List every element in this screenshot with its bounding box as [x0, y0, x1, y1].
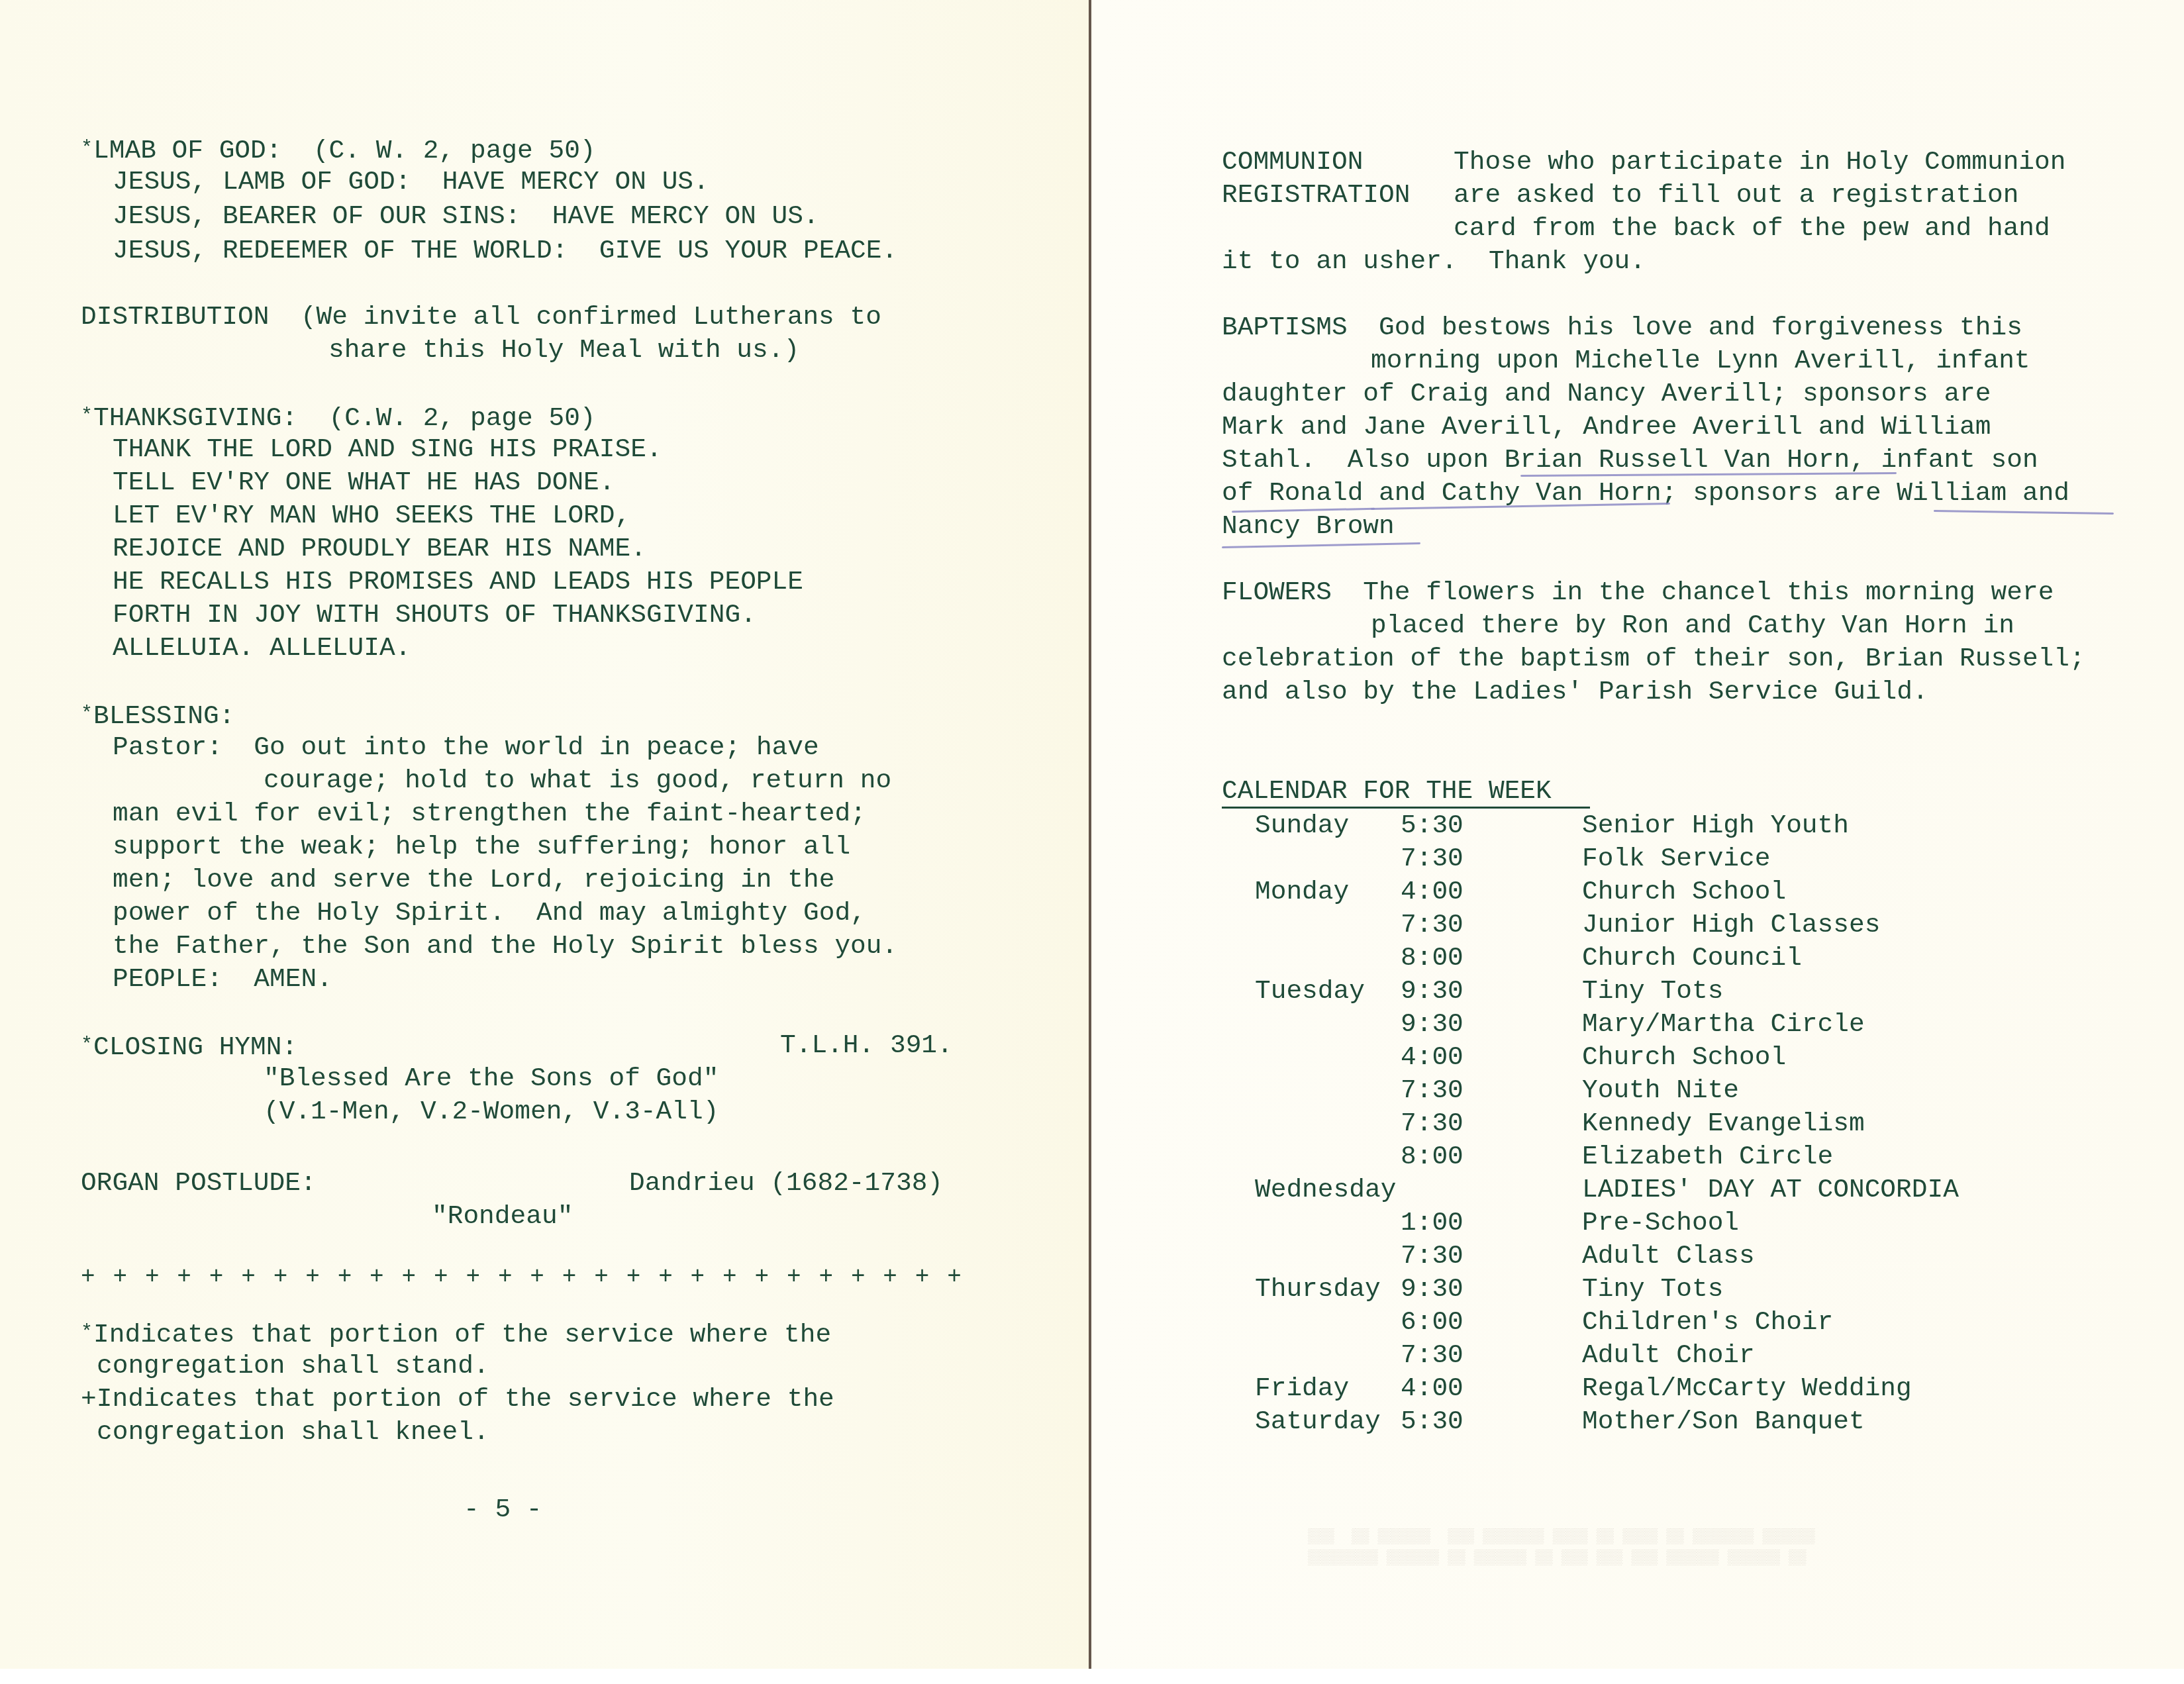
booklet-fold — [1089, 0, 1091, 1669]
cross-icon: + — [626, 1263, 641, 1291]
cross-icon: + — [530, 1263, 544, 1291]
cross-icon: + — [851, 1263, 866, 1291]
calendar-event: Church School — [1582, 875, 1786, 909]
calendar-time: 5:30 — [1401, 809, 1582, 842]
calendar-time: 1:00 — [1401, 1207, 1582, 1240]
calendar-time: 7:30 — [1401, 909, 1582, 942]
communion-text: are asked to fill out a registration — [1454, 179, 2018, 212]
footnote-text: congregation shall kneel. — [97, 1416, 489, 1449]
hymn-number: T.L.H. 391. — [780, 1029, 953, 1062]
calendar-event: Elizabeth Circle — [1582, 1140, 1833, 1173]
cross-icon: + — [658, 1263, 673, 1291]
left-page: *LMAB OF GOD: (C. W. 2, page 50) JESUS, … — [0, 0, 1090, 1669]
calendar-row: 7:30Adult Class — [1255, 1240, 1959, 1273]
heading-text: CLOSING HYMN: — [93, 1032, 297, 1062]
calendar-row: Friday4:00Regal/McCarty Wedding — [1255, 1372, 1959, 1405]
calendar-row: 7:30Folk Service — [1255, 842, 1959, 875]
calendar-event: Mary/Martha Circle — [1582, 1008, 1865, 1041]
baptisms-label: BAPTISMS — [1222, 313, 1348, 342]
cross-icon: + — [241, 1263, 256, 1291]
blessing-heading: *BLESSING: — [81, 698, 234, 733]
lamb-of-god-heading: *LMAB OF GOD: (C. W. 2, page 50) — [81, 132, 596, 168]
blessing-text: men; love and serve the Lord, rejoicing … — [113, 864, 834, 897]
thanksgiving-line: FORTH IN JOY WITH SHOUTS OF THANKSGIVING… — [113, 599, 756, 632]
calendar-row: 4:00Church School — [1255, 1041, 1959, 1074]
distribution-heading: DISTRIBUTION (We invite all confirmed Lu… — [81, 301, 881, 334]
thanksgiving-heading: *THANKSGIVING: (C.W. 2, page 50) — [81, 400, 596, 435]
scan-edge — [0, 1669, 2184, 1684]
calendar-day — [1255, 842, 1401, 875]
calendar-event: LADIES' DAY AT CONCORDIA — [1582, 1173, 1959, 1207]
communion-text: it to an usher. Thank you. — [1222, 245, 1646, 278]
cross-icon: + — [562, 1263, 577, 1291]
calendar-event: Senior High Youth — [1582, 809, 1849, 842]
pastor-line: Pastor: Go out into the world in peace; … — [113, 731, 819, 764]
baptisms-text: God bestows his love and forgiveness thi… — [1379, 313, 2022, 342]
stand-footnote: *Indicates that portion of the service w… — [81, 1316, 831, 1352]
footnote-text: congregation shall stand. — [97, 1350, 489, 1383]
calendar-table: Sunday5:30Senior High Youth7:30Folk Serv… — [1255, 809, 1959, 1438]
thanksgiving-line: LET EV'RY MAN WHO SEEKS THE LORD, — [113, 499, 630, 532]
thanksgiving-line: TELL EV'RY ONE WHAT HE HAS DONE. — [113, 466, 615, 499]
blessing-text: support the weak; help the suffering; ho… — [113, 830, 850, 864]
page-number: - 5 - — [464, 1493, 542, 1526]
calendar-time: 7:30 — [1401, 842, 1582, 875]
calendar-day: Tuesday — [1255, 975, 1401, 1008]
cross-divider: ++++++++++++++++++++++++++++ — [81, 1263, 962, 1291]
thanksgiving-line: ALLELUIA. ALLELUIA. — [113, 632, 411, 665]
baptisms-text: daughter of Craig and Nancy Averill; spo… — [1222, 377, 1991, 411]
lamb-line: JESUS, LAMB OF GOD: HAVE MERCY ON US. — [113, 166, 709, 199]
flowers-text: celebration of the baptism of their son,… — [1222, 642, 2085, 675]
cross-icon: + — [370, 1263, 384, 1291]
baptisms-text: Mark and Jane Averill, Andree Averill an… — [1222, 411, 1991, 444]
calendar-row: Thursday9:30Tiny Tots — [1255, 1273, 1959, 1306]
hymn-title: "Blessed Are the Sons of God" — [264, 1062, 719, 1095]
calendar-day — [1255, 1140, 1401, 1173]
cross-icon: + — [787, 1263, 801, 1291]
stand-asterisk-icon: * — [81, 703, 93, 726]
distribution-text: (We invite all confirmed Lutherans to — [301, 302, 881, 332]
heading-text: THANKSGIVING: — [93, 403, 297, 433]
heading-text: BLESSING: — [93, 701, 234, 731]
calendar-event: Youth Nite — [1582, 1074, 1739, 1107]
calendar-row: Saturday5:30Mother/Son Banquet — [1255, 1405, 1959, 1438]
cross-icon: + — [113, 1263, 127, 1291]
cross-icon: + — [755, 1263, 769, 1291]
baptisms-text: Stahl. Also upon Brian Russell Van Horn,… — [1222, 444, 2038, 477]
calendar-event: Junior High Classes — [1582, 909, 1880, 942]
calendar-row: 7:30Kennedy Evangelism — [1255, 1107, 1959, 1140]
calendar-day — [1255, 1240, 1401, 1273]
bleed-through: ▒▒▒ ▒▒ ▒▒▒▒▒▒ ▒▒▒ ▒▒▒▒▒▒▒ ▒▒▒▒ ▒▒ ▒▒▒▒ ▒… — [1308, 1528, 1815, 1545]
people-label: PEOPLE: — [113, 964, 223, 994]
hymnal-reference: (C.W. 2, page 50) — [329, 403, 596, 433]
blessing-text: power of the Holy Spirit. And may almigh… — [113, 897, 866, 930]
pastor-label: Pastor: — [113, 732, 223, 762]
communion-text: card from the back of the pew and hand — [1454, 212, 2050, 245]
communion-text: Those who participate in Holy Communion — [1454, 146, 2065, 179]
thanksgiving-line: THANK THE LORD AND SING HIS PRAISE. — [113, 433, 662, 466]
calendar-day: Sunday — [1255, 809, 1401, 842]
closing-hymn-heading: *CLOSING HYMN: — [81, 1029, 297, 1064]
calendar-event: Kennedy Evangelism — [1582, 1107, 1865, 1140]
heading-text: LMAB OF GOD: — [93, 136, 281, 166]
calendar-title-underline — [1222, 807, 1590, 809]
flowers-line: FLOWERS The flowers in the chancel this … — [1222, 576, 2054, 609]
lamb-line: JESUS, BEARER OF OUR SINS: HAVE MERCY ON… — [113, 200, 819, 233]
calendar-row: Monday4:00Church School — [1255, 875, 1959, 909]
calendar-time: 7:30 — [1401, 1074, 1582, 1107]
cross-icon: + — [947, 1263, 962, 1291]
blessing-text: courage; hold to what is good, return no — [264, 764, 891, 797]
underlined-name: Nancy Brown — [1222, 510, 1395, 543]
calendar-time: 9:30 — [1401, 1008, 1582, 1041]
cross-icon: + — [883, 1263, 897, 1291]
kneel-footnote: +Indicates that portion of the service w… — [81, 1383, 834, 1416]
calendar-event: Folk Service — [1582, 842, 1770, 875]
calendar-row: 8:00Elizabeth Circle — [1255, 1140, 1959, 1173]
calendar-day: Monday — [1255, 875, 1401, 909]
flowers-text: placed there by Ron and Cathy Van Horn i… — [1371, 609, 2014, 642]
kneel-cross-icon: + — [81, 1384, 97, 1414]
people-line: PEOPLE: AMEN. — [113, 963, 332, 996]
underlined-name: Brian Russell Van Horn — [1505, 445, 1850, 475]
calendar-day — [1255, 942, 1401, 975]
cross-icon: + — [338, 1263, 352, 1291]
calendar-row: 6:00Children's Choir — [1255, 1306, 1959, 1339]
cross-icon: + — [819, 1263, 833, 1291]
baptisms-text: Stahl. Also upon — [1222, 445, 1505, 475]
postlude-title: "Rondeau" — [432, 1200, 573, 1233]
baptisms-line: BAPTISMS God bestows his love and forgiv… — [1222, 311, 2022, 344]
registration-label: REGISTRATION — [1222, 179, 1410, 212]
baptisms-text: ; sponsors are — [1662, 478, 1897, 508]
blessing-text: the Father, the Son and the Holy Spirit … — [113, 930, 897, 963]
thanksgiving-line: REJOICE AND PROUDLY BEAR HIS NAME. — [113, 532, 646, 566]
communion-label: COMMUNION — [1222, 146, 1363, 179]
calendar-row: 8:00Church Council — [1255, 942, 1959, 975]
calendar-day — [1255, 909, 1401, 942]
blessing-text: man evil for evil; strengthen the faint-… — [113, 797, 866, 830]
people-response: AMEN. — [254, 964, 332, 994]
cross-icon: + — [594, 1263, 609, 1291]
cross-icon: + — [915, 1263, 930, 1291]
calendar-time: 4:00 — [1401, 1041, 1582, 1074]
footnote-text: Indicates that portion of the service wh… — [93, 1320, 831, 1350]
calendar-event: Pre-School — [1582, 1207, 1739, 1240]
calendar-time: 5:30 — [1401, 1405, 1582, 1438]
calendar-day: Wednesday — [1255, 1173, 1401, 1207]
calendar-row: 1:00Pre-School — [1255, 1207, 1959, 1240]
calendar-row: 7:30Youth Nite — [1255, 1074, 1959, 1107]
hymnal-reference: (C. W. 2, page 50) — [313, 136, 596, 166]
calendar-event: Church Council — [1582, 942, 1802, 975]
calendar-time: 8:00 — [1401, 942, 1582, 975]
cross-icon: + — [466, 1263, 480, 1291]
organ-postlude-heading: ORGAN POSTLUDE: — [81, 1167, 317, 1200]
cross-icon: + — [305, 1263, 320, 1291]
flowers-label: FLOWERS — [1222, 577, 1332, 607]
calendar-time: 7:30 — [1401, 1240, 1582, 1273]
calendar-row: 7:30Adult Choir — [1255, 1339, 1959, 1372]
cross-icon: + — [145, 1263, 160, 1291]
bleed-through: ▒▒▒▒▒▒▒▒ ▒▒▒▒▒▒ ▒▒ ▒▒▒▒▒▒ ▒▒ ▒▒▒ ▒▒▒ ▒▒▒… — [1308, 1550, 1807, 1566]
calendar-row: 7:30Junior High Classes — [1255, 909, 1959, 942]
distribution-text: share this Holy Meal with us.) — [328, 334, 799, 367]
calendar-event: Adult Class — [1582, 1240, 1755, 1273]
cross-icon: + — [498, 1263, 513, 1291]
flowers-text: The flowers in the chancel this morning … — [1363, 577, 2054, 607]
calendar-time: 4:00 — [1401, 875, 1582, 909]
calendar-time: 7:30 — [1401, 1339, 1582, 1372]
calendar-event: Tiny Tots — [1582, 1273, 1723, 1306]
lamb-line: JESUS, REDEEMER OF THE WORLD: GIVE US YO… — [113, 234, 897, 268]
calendar-day — [1255, 1107, 1401, 1140]
flowers-text: and also by the Ladies' Parish Service G… — [1222, 675, 1928, 709]
cross-icon: + — [402, 1263, 417, 1291]
calendar-row: Sunday5:30Senior High Youth — [1255, 809, 1959, 842]
cross-icon: + — [691, 1263, 705, 1291]
hymn-verses: (V.1-Men, V.2-Women, V.3-All) — [264, 1095, 719, 1128]
calendar-time: 6:00 — [1401, 1306, 1582, 1339]
stand-asterisk-icon: * — [81, 138, 93, 160]
calendar-day — [1255, 1041, 1401, 1074]
calendar-event: Tiny Tots — [1582, 975, 1723, 1008]
postlude-composer: Dandrieu (1682-1738) — [629, 1167, 943, 1200]
baptisms-text: of — [1222, 478, 1269, 508]
stand-asterisk-icon: * — [81, 405, 93, 428]
calendar-time: 7:30 — [1401, 1107, 1582, 1140]
cross-icon: + — [273, 1263, 288, 1291]
calendar-day: Thursday — [1255, 1273, 1401, 1306]
calendar-day: Friday — [1255, 1372, 1401, 1405]
calendar-row: 9:30Mary/Martha Circle — [1255, 1008, 1959, 1041]
cross-icon: + — [722, 1263, 737, 1291]
calendar-row: WednesdayLADIES' DAY AT CONCORDIA — [1255, 1173, 1959, 1207]
calendar-day — [1255, 1207, 1401, 1240]
calendar-day — [1255, 1306, 1401, 1339]
cross-icon: + — [177, 1263, 191, 1291]
calendar-day — [1255, 1339, 1401, 1372]
stand-asterisk-icon: * — [81, 1034, 93, 1057]
calendar-event: Children's Choir — [1582, 1306, 1833, 1339]
cross-icon: + — [81, 1263, 95, 1291]
calendar-title: CALENDAR FOR THE WEEK — [1222, 775, 1552, 808]
calendar-event: Adult Choir — [1582, 1339, 1755, 1372]
thanksgiving-line: HE RECALLS HIS PROMISES AND LEADS HIS PE… — [113, 566, 803, 599]
calendar-day — [1255, 1074, 1401, 1107]
heading-text: DISTRIBUTION — [81, 302, 269, 332]
calendar-event: Regal/McCarty Wedding — [1582, 1372, 1912, 1405]
cross-icon: + — [209, 1263, 224, 1291]
baptisms-text: , infant son — [1850, 445, 2038, 475]
calendar-time: 8:00 — [1401, 1140, 1582, 1173]
calendar-time — [1401, 1173, 1582, 1207]
calendar-time: 9:30 — [1401, 975, 1582, 1008]
cross-icon: + — [434, 1263, 448, 1291]
calendar-day: Saturday — [1255, 1405, 1401, 1438]
calendar-row: Tuesday9:30Tiny Tots — [1255, 975, 1959, 1008]
calendar-event: Church School — [1582, 1041, 1786, 1074]
footnote-text: Indicates that portion of the service wh… — [97, 1384, 834, 1414]
calendar-day — [1255, 1008, 1401, 1041]
blessing-text: Go out into the world in peace; have — [254, 732, 819, 762]
underlined-name: William and — [1897, 478, 2069, 508]
calendar-time: 4:00 — [1401, 1372, 1582, 1405]
baptisms-text: morning upon Michelle Lynn Averill, infa… — [1371, 344, 2030, 377]
calendar-event: Mother/Son Banquet — [1582, 1405, 1865, 1438]
calendar-time: 9:30 — [1401, 1273, 1582, 1306]
stand-asterisk-icon: * — [81, 1322, 93, 1344]
